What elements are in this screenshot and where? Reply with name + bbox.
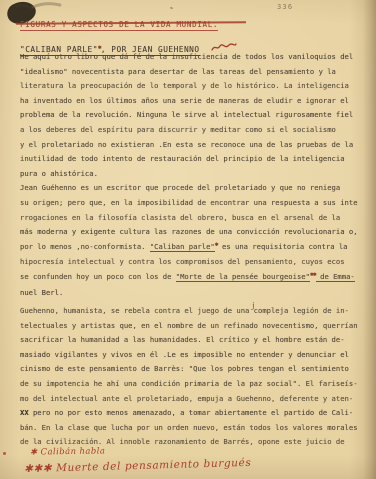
line-text: problema de la revolución. Ninguna le si…	[20, 110, 353, 119]
red-ink-dot	[3, 452, 6, 455]
line-text: nuel Berl.	[20, 288, 63, 297]
typed-line: literatura la preocupación de lo tempora…	[20, 79, 364, 94]
typed-line: cinismo de este pensamiento de Barrès: "…	[20, 362, 364, 377]
line-text: hipocresía intelectual y contra los comp…	[20, 257, 345, 266]
scanned-typescript-page: 336 FIGURAS Y ASPECTOS DE LA VIDA MUNDIA…	[0, 0, 376, 479]
line-text: literatura la preocupación de lo tempora…	[20, 81, 349, 90]
handwritten-footnote-muerte: ✱✱✱ Muerte del pensamiento burgués	[24, 457, 252, 475]
typed-line: Jean Guéhenno es un escritor que procede…	[20, 181, 364, 196]
typed-line: de su impotencia he ahí una condición pr…	[20, 377, 364, 392]
line-text: por lo menos ,no-conformista.	[20, 242, 150, 251]
line-text: se confunden hoy un poco con los de	[20, 272, 176, 281]
line-text: sacrificar la humanidad a las humanidade…	[20, 335, 345, 344]
line-text: bán. En la clase que lucha por un orden …	[20, 423, 358, 432]
typed-line: masiado vigilantes y vivos en él .Le es …	[20, 348, 364, 363]
typed-body: He aquí otro libro que dá fé de la insuf…	[20, 50, 364, 450]
line-text: más moderna y exigente cultura las razon…	[20, 227, 358, 236]
typed-line: su origen; pero que, en la imposibilidad…	[20, 196, 364, 211]
typed-line: mo del intelectual ante el proletariado,…	[20, 392, 364, 407]
typed-line: bán. En la clase que lucha por un orden …	[20, 421, 364, 436]
handwritten-footnote-caliban: ✱ Calibán habla	[30, 446, 105, 457]
line-text: su origen; pero que, en la imposibilidad…	[20, 198, 358, 207]
typed-line: Guehenno, humanista, se rebela contra el…	[20, 304, 364, 319]
line-text: telectuales y artistas que, en el nombre…	[20, 321, 358, 330]
line-text: Jean Guéhenno es un escritor que procede…	[20, 183, 340, 192]
line-text: rrogaciones en la filosofía clasista del…	[20, 213, 340, 222]
typed-line: problema de la revolución. Ninguna le si…	[20, 108, 364, 123]
strikeover-chars: XX	[20, 408, 29, 417]
line-text: inutilidad de todo intento de restauraci…	[20, 154, 345, 163]
typed-line: inutilidad de todo intento de restauraci…	[20, 152, 364, 167]
line-text: He aquí otro libro que dá fé de la insuf…	[20, 52, 353, 61]
red-asterisk-mark: ✱✱	[310, 271, 316, 278]
article-header: FIGURAS Y ASPECTOS DE LA VIDA MUNDIAL. "…	[20, 12, 237, 56]
line-text: "idealismo" novecentista para desertar d…	[20, 67, 336, 76]
line-text: mo del intelectual ante el proletariado,…	[20, 394, 353, 403]
page-number: 336	[277, 3, 293, 11]
line-text: de la civilización. Al innoble razonamie…	[20, 437, 345, 446]
red-asterisk-mark: ✱	[215, 241, 218, 248]
line-text: pero no por esto menos amenazado, a toma…	[29, 408, 354, 417]
line-text: Guehenno, humanista, se rebela contra el…	[20, 306, 349, 315]
typed-line: rrogaciones en la filosofía clasista del…	[20, 211, 364, 226]
red-underlined-title: "Morte de la pensée bourgeoise"	[176, 272, 310, 283]
line-text: cinismo de este pensamiento de Barrès: "…	[20, 364, 349, 373]
line-text: a los deberes del espíritu para discurri…	[20, 125, 336, 134]
line-text: y el proletariado no existieran .En esta…	[20, 140, 353, 149]
typed-line: ha inventado en los últimos años una ser…	[20, 94, 364, 109]
page-edge-shadow	[363, 0, 376, 479]
line-text: es una requisitoria contra la	[218, 242, 348, 251]
line-text: de su impotencia he ahí una condición pr…	[20, 379, 358, 388]
line-text: pura o ahistórica.	[20, 169, 98, 178]
typed-line: por lo menos ,no-conformista. "Caliban p…	[20, 240, 364, 256]
typed-line: pura o ahistórica.	[20, 167, 364, 182]
typed-line: nuel Berl.	[20, 286, 364, 301]
typed-line: "idealismo" novecentista para desertar d…	[20, 65, 364, 80]
typed-line: XX pero no por esto menos amenazado, a t…	[20, 406, 364, 421]
section-heading-wrap: FIGURAS Y ASPECTOS DE LA VIDA MUNDIAL.	[20, 12, 218, 31]
typed-line: se confunden hoy un poco con los de "Mor…	[20, 270, 364, 286]
red-underlined-title: "Caliban parle"	[150, 242, 215, 253]
typed-line: a los deberes del espíritu para discurri…	[20, 123, 364, 138]
typed-line: telectuales y artistas que, en el nombre…	[20, 319, 364, 334]
typed-line: más moderna y exigente cultura las razon…	[20, 225, 364, 240]
line-text: ha inventado en los últimos años una ser…	[20, 96, 349, 105]
paper-speck	[170, 6, 174, 9]
typed-line: y el proletariado no existieran .En esta…	[20, 138, 364, 153]
typed-line: hipocresía intelectual y contra los comp…	[20, 255, 364, 270]
line-text: masiado vigilantes y vivos en él .Le es …	[20, 350, 349, 359]
typed-line: sacrificar la humanidad a las humanidade…	[20, 333, 364, 348]
red-underlined-text: de Emma-	[316, 272, 355, 283]
typed-line: He aquí otro libro que dá fé de la insuf…	[20, 50, 364, 65]
